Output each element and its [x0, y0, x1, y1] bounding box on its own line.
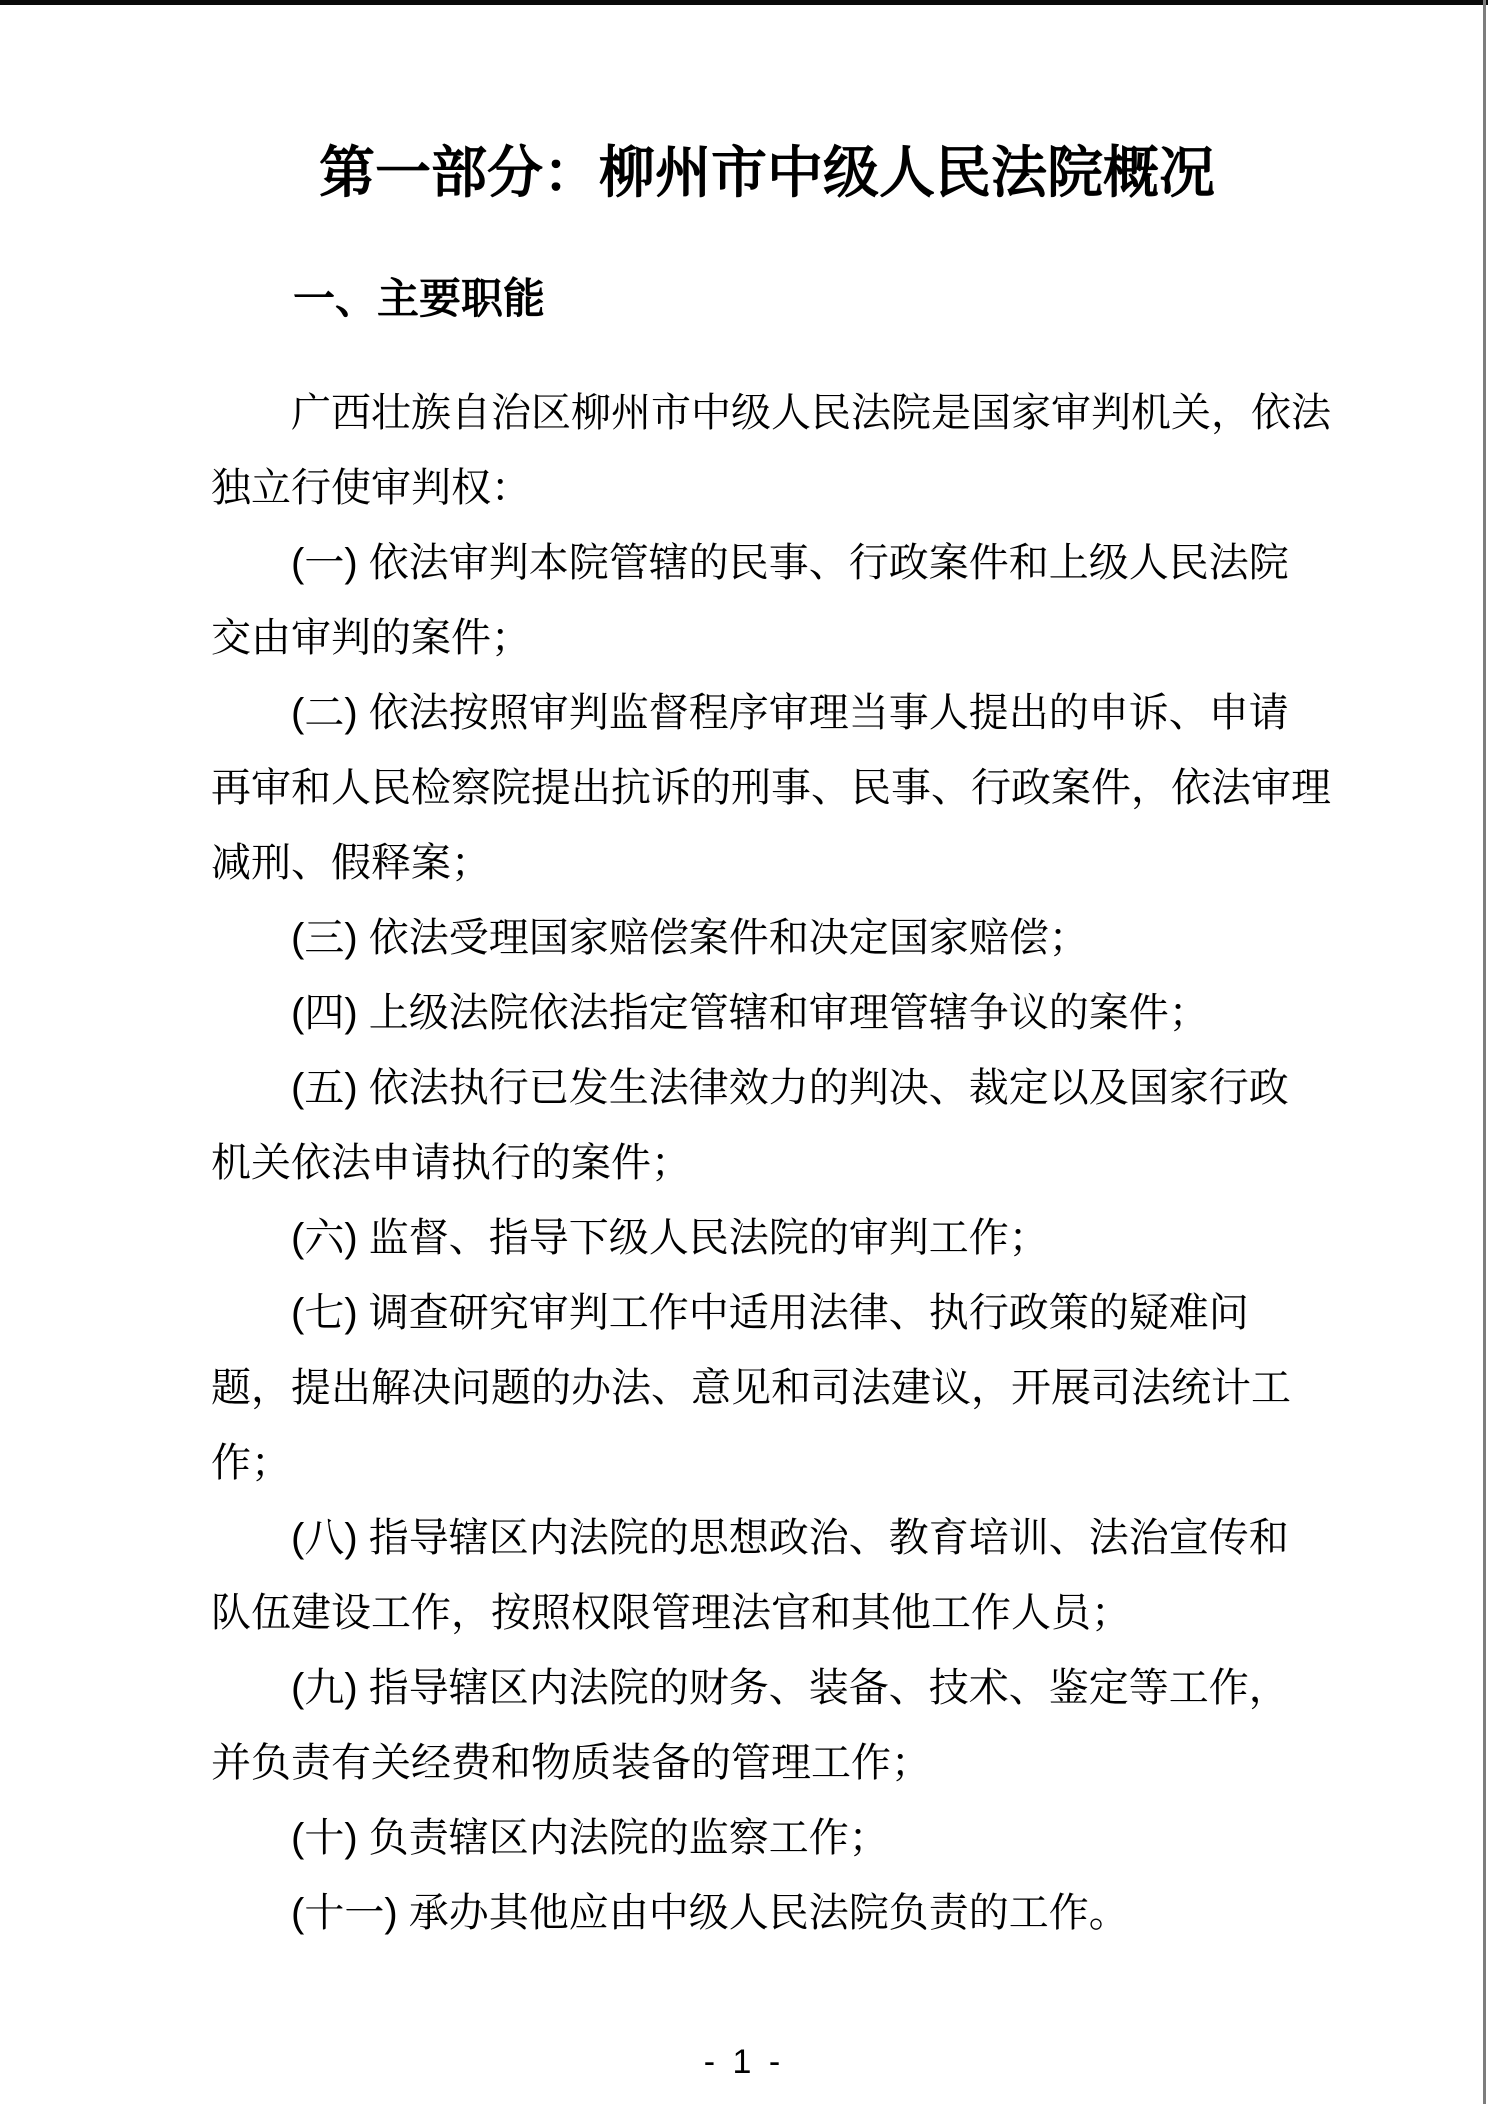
paragraph-item-4: (四) 上级法院依法指定管辖和审理管辖争议的案件；: [211, 976, 1323, 1051]
document-content: 第一部分：柳州市中级人民法院概况 一、主要职能 广西壮族自治区柳州市中级人民法院…: [211, 0, 1323, 1951]
paragraph-item-6: (六) 监督、指导下级人民法院的审判工作；: [211, 1201, 1323, 1276]
body-text: 广西壮族自治区柳州市中级人民法院是国家审判机关，依法 独立行使审判权： (一) …: [211, 376, 1323, 1951]
paragraph-item-7: (七) 调查研究审判工作中适用法律、执行政策的疑难问 题，提出解决问题的办法、意…: [211, 1276, 1323, 1501]
page-number: - 1 -: [0, 2044, 1488, 2080]
paragraph-item-3: (三) 依法受理国家赔偿案件和决定国家赔偿；: [211, 901, 1323, 976]
paragraph-item-9: (九) 指导辖区内法院的财务、装备、技术、鉴定等工作， 并负责有关经费和物质装备…: [211, 1651, 1323, 1801]
paragraph-item-10: (十) 负责辖区内法院的监察工作；: [211, 1801, 1323, 1876]
paragraph-intro: 广西壮族自治区柳州市中级人民法院是国家审判机关，依法 独立行使审判权：: [211, 376, 1323, 526]
paragraph-item-2: (二) 依法按照审判监督程序审理当事人提出的申诉、申请 再审和人民检察院提出抗诉…: [211, 676, 1323, 901]
paragraph-item-5: (五) 依法执行已发生法律效力的判决、裁定以及国家行政 机关依法申请执行的案件；: [211, 1051, 1323, 1201]
document-title: 第一部分：柳州市中级人民法院概况: [211, 142, 1323, 204]
document-page: 第一部分：柳州市中级人民法院概况 一、主要职能 广西壮族自治区柳州市中级人民法院…: [0, 0, 1488, 2104]
scan-right-edge: [1483, 0, 1486, 2104]
paragraph-item-1: (一) 依法审判本院管辖的民事、行政案件和上级人民法院 交由审判的案件；: [211, 526, 1323, 676]
paragraph-item-11: (十一) 承办其他应由中级人民法院负责的工作。: [211, 1876, 1323, 1951]
paragraph-item-8: (八) 指导辖区内法院的思想政治、教育培训、法治宣传和 队伍建设工作，按照权限管…: [211, 1501, 1323, 1651]
section-heading: 一、主要职能: [211, 261, 1323, 336]
